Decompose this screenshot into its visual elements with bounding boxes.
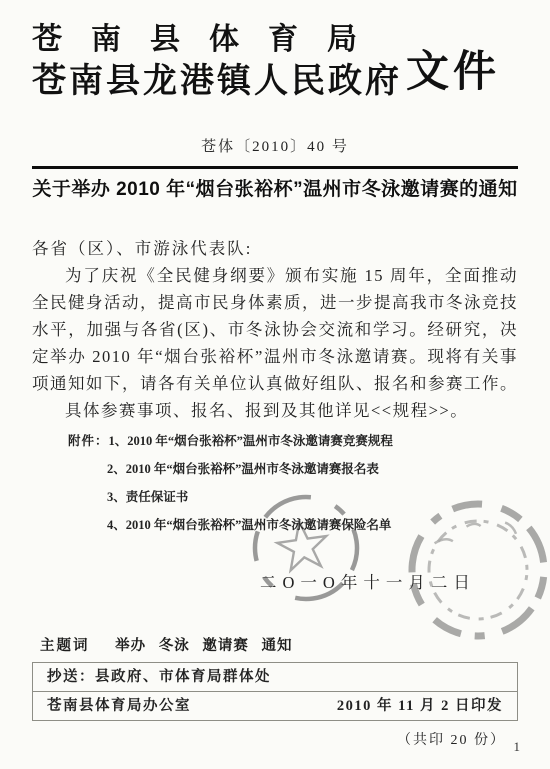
attachment-1: 1、2010 年“烟台张裕杯”温州市冬泳邀请赛竞赛规程 — [109, 434, 393, 448]
org-name-line1: 苍南县体育局 — [32, 20, 402, 60]
header-divider-rule — [32, 166, 518, 169]
page-number: 1 — [514, 739, 521, 755]
document-number: 苍体〔2010〕40 号 — [32, 136, 518, 158]
keywords-terms: 举办 冬泳 邀请赛 通知 — [115, 638, 292, 654]
distribution-table: 抄送：县政府、市体育局群体处 苍南县体育局办公室 2010 年 11 月 2 日… — [32, 662, 518, 721]
body-paragraph-1: 为了庆祝《全民健身纲要》颁布实施 15 周年，全面推动全民健身活动，提高市民身体… — [32, 262, 518, 397]
print-count: （共印 20 份） — [32, 729, 518, 749]
attachment-2: 2、2010 年“烟台张裕杯”温州市冬泳邀请赛报名表 — [107, 462, 379, 476]
signature-block: 二O一O年十一月二日 — [32, 539, 518, 634]
attachment-item: 4、2010 年“烟台张裕杯”温州市冬泳邀请赛保险名单 — [68, 511, 518, 539]
salutation: 各省（区）、市游泳代表队: — [32, 235, 518, 262]
keywords-line: 主题词 举办 冬泳 邀请赛 通知 — [32, 634, 518, 658]
document-body: 各省（区）、市游泳代表队: 为了庆祝《全民健身纲要》颁布实施 15 周年，全面推… — [32, 235, 518, 424]
attachment-item: 附件：1、2010 年“烟台张裕杯”温州市冬泳邀请赛竞赛规程 — [68, 427, 518, 455]
attachment-3: 3、责任保证书 — [107, 490, 188, 504]
org-name-line2: 苍南县龙港镇人民政府 — [32, 60, 402, 102]
signature-date: 二O一O年十一月二日 — [260, 569, 476, 593]
keywords-label: 主题词 — [40, 638, 90, 654]
attachment-item: 2、2010 年“烟台张裕杯”温州市冬泳邀请赛报名表 — [68, 455, 518, 483]
document-page: 苍南县体育局 苍南县龙港镇人民政府 文件 苍体〔2010〕40 号 关于举办 2… — [0, 0, 550, 769]
attachments-list: 附件：1、2010 年“烟台张裕杯”温州市冬泳邀请赛竞赛规程 2、2010 年“… — [68, 427, 518, 539]
attachment-4: 4、2010 年“烟台张裕杯”温州市冬泳邀请赛保险名单 — [107, 518, 391, 532]
issuer-row: 苍南县体育局办公室 2010 年 11 月 2 日印发 — [33, 692, 517, 720]
letterhead: 苍南县体育局 苍南县龙港镇人民政府 文件 — [32, 20, 518, 102]
cc-row: 抄送：县政府、市体育局群体处 — [33, 663, 517, 692]
document-type-label: 文件 — [406, 38, 500, 99]
document-title: 关于举办 2010 年“烟台张裕杯”温州市冬泳邀请赛的通知 — [32, 175, 518, 205]
attachments-label: 附件： — [68, 434, 109, 448]
body-paragraph-2: 具体参赛事项、报名、报到及其他详见<<规程>>。 — [32, 397, 518, 424]
issuing-office: 苍南县体育局办公室 — [47, 696, 191, 716]
print-date: 2010 年 11 月 2 日印发 — [337, 696, 503, 716]
attachment-item: 3、责任保证书 — [68, 483, 518, 511]
